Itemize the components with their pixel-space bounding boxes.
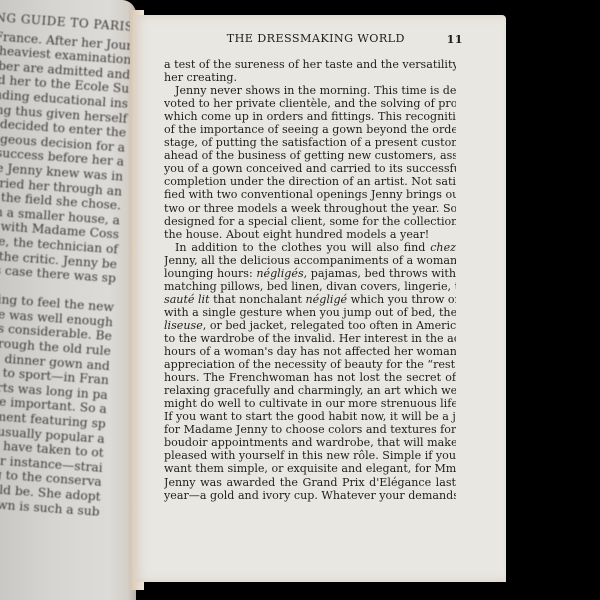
text-line: the house. About eight hundred models a …	[164, 228, 456, 241]
left-page-text: ING GUIDE TO PARIS round in France. Afte…	[0, 0, 134, 519]
text-line: for Madame Jenny to choose colors and te…	[164, 423, 456, 436]
text-line: two or three models a week throughout th…	[164, 202, 456, 215]
text-line: her creating.	[164, 71, 456, 84]
text-line: year—a gold and ivory cup. Whatever your…	[164, 489, 456, 502]
text-line: a test of the sureness of her taste and …	[164, 58, 456, 71]
text-line: ahead of the business of getting new cus…	[164, 149, 456, 162]
text-line: completion under the direction of an art…	[164, 175, 456, 188]
left-page-lines: round in France. After her Jourook one o…	[0, 19, 133, 519]
text-line: designed for a special client, some for …	[164, 215, 456, 228]
text-line: lounging hours: négligés, pajamas, bed t…	[164, 267, 456, 280]
text-line: with a single gesture when you jump out …	[164, 306, 456, 319]
text-line: voted to her private clientèle, and the …	[164, 97, 456, 110]
text-line: want them simple, or exquisite and elega…	[164, 462, 456, 475]
text-line: hours of a woman's day has not affected …	[164, 345, 456, 358]
text-line: stage, of putting the satisfaction of a …	[164, 136, 456, 149]
left-running-head: ING GUIDE TO PARIS	[0, 0, 134, 34]
text-line: matching pillows, bed linen, divan cover…	[164, 280, 456, 293]
header-spacer	[163, 32, 185, 46]
page-number: 11	[447, 32, 463, 46]
running-head: THE DRESSMAKING WORLD	[227, 32, 405, 46]
text-line: Jenny never shows in the morning. This t…	[164, 84, 456, 97]
page-header: THE DRESSMAKING WORLD 11	[163, 32, 463, 46]
text-line: hours. The Frenchwoman has not lost the …	[164, 371, 456, 384]
text-line: appreciation of the necessity of beauty …	[164, 358, 456, 371]
left-page: ING GUIDE TO PARIS round in France. Afte…	[0, 0, 136, 600]
text-line: fied with two conventional openings Jenn…	[164, 188, 456, 201]
text-line: which come up in orders and fittings. Th…	[164, 110, 456, 123]
text-line: you of a gown conceived and carried to i…	[164, 162, 456, 175]
page-body-text: a test of the sureness of her taste and …	[164, 58, 456, 502]
text-line: In addition to the clothes you will also…	[164, 241, 456, 254]
text-line: boudoir appointments and wardrobe, that …	[164, 436, 456, 449]
text-line: liseuse, or bed jacket, relegated too of…	[164, 319, 456, 332]
text-line: Jenny was awarded the Grand Prix d'Eléga…	[164, 476, 456, 489]
text-line: pleased with yourself in this new rôle. …	[164, 449, 456, 462]
text-line: might do well to cultivate in our more s…	[164, 397, 456, 410]
text-line: to the wardrobe of the invalid. Her inte…	[164, 332, 456, 345]
text-line: relaxing gracefully and charmingly, an a…	[164, 384, 456, 397]
text-line: sauté lit that nonchalant négligé which …	[164, 293, 456, 306]
text-line: If you want to start the good habit now,…	[164, 410, 456, 423]
right-page: THE DRESSMAKING WORLD 11 a test of the s…	[133, 15, 506, 582]
text-line: of the importance of seeing a gown beyon…	[164, 123, 456, 136]
text-line: Jenny, all the delicious accompaniments …	[164, 254, 456, 267]
